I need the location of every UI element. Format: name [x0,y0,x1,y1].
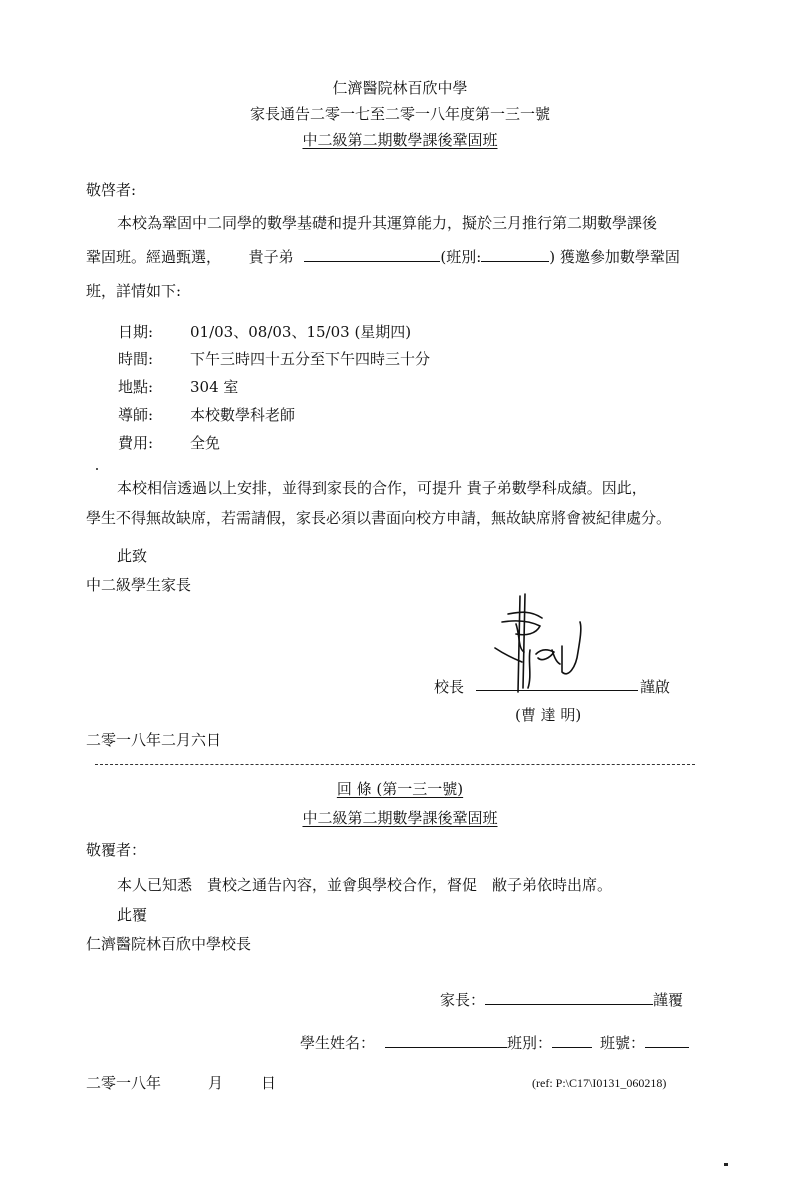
para1-line2-d: ) [549,248,555,266]
detail-value-date: 01/03、08/03、15/03 (星期四) [190,322,411,342]
reply-title-text: 回 條 (第一三一號) [337,780,463,798]
notice-date: 二零一八年二月六日 [86,730,221,750]
principal-name: (曹 達 明) [515,705,581,725]
para1-line2-b: 貴子弟 [249,248,294,266]
signature-icon [490,592,610,694]
notice-title-text: 中二級第二期數學課後鞏固班 [302,131,497,149]
para1-line3: 班，詳情如下: [86,281,181,301]
class-no-label: 班號： [600,1034,645,1052]
reply-salutation: 敬覆者： [86,840,146,860]
notice-number: 家長通告二零一七至二零一八年度第一三一號 [0,104,800,124]
para2-line2: 學生不得無故缺席，若需請假，家長必須以書面向校方申請，無故缺席將會被紀律處分。 [86,508,671,528]
reply-date-year: 二零一八年 [86,1073,161,1093]
reply-subtitle: 中二級第二期數學課後鞏固班 [0,808,800,828]
detail-label-venue: 地點: [118,377,153,397]
detail-value-fee: 全免 [190,433,220,453]
reply-closing: 此覆 [117,905,147,925]
reply-date-day: 日 [261,1073,276,1093]
para2-line1: 本校相信透過以上安排，並得到家長的合作，可提升 貴子弟數學科成績。因此， [117,478,647,498]
detail-label-date: 日期: [118,322,153,342]
principal-label: 校長 [434,677,464,697]
reference-code: (ref: P:\C17\I0131_060218) [532,1075,666,1091]
para1-line2-a: 鞏固班。經過甄選， [86,248,221,266]
detail-value-tutor: 本校數學科老師 [190,405,295,425]
class-field[interactable] [552,1033,592,1048]
detail-value-time: 下午三時四十五分至下午四時三十分 [190,349,430,369]
detail-value-venue: 304 室 [190,377,238,397]
class-no-field[interactable] [645,1033,689,1048]
reply-date-month: 月 [208,1073,223,1093]
tear-off-line [95,764,695,765]
para1-line2-e: 獲邀參加數學鞏固 [560,248,680,266]
student-name-label: 學生姓名： [300,1034,375,1052]
student-info-row: 學生姓名：班別：班號： [300,1033,689,1053]
parent-suffix: 謹覆 [653,991,683,1009]
detail-label-time: 時間: [118,349,153,369]
student-name-blank[interactable] [304,247,440,262]
salutation: 敬啓者: [86,180,136,200]
parent-label: 家長： [440,991,485,1009]
student-name-field[interactable] [385,1033,507,1048]
detail-label-tutor: 導師: [118,405,153,425]
reply-title: 回 條 (第一三一號) [0,779,800,799]
closing: 此致 [117,546,147,566]
recipient: 中二級學生家長 [86,575,191,595]
school-name: 仁濟醫院林百欣中學 [0,78,800,98]
para1-line2-c: (班別: [440,248,481,266]
class-label: 班別： [507,1034,552,1052]
parent-signature-row: 家長：謹覆 [440,990,683,1010]
principal-suffix: 謹啟 [640,677,670,697]
para1-line2: 鞏固班。經過甄選， 貴子弟 (班別:) 獲邀參加數學鞏固 [86,247,680,267]
class-blank[interactable] [481,247,549,262]
reply-body: 本人已知悉 貴校之通告內容，並會與學校合作，督促 敝子弟依時出席。 [117,875,612,895]
scan-speck [724,1163,728,1166]
notice-title: 中二級第二期數學課後鞏固班 [0,130,800,150]
para1-line1: 本校為鞏固中二同學的數學基礎和提升其運算能力，擬於三月推行第二期數學課後 [117,213,657,233]
reply-recipient: 仁濟醫院林百欣中學校長 [86,934,251,954]
detail-label-fee: 費用: [118,433,153,453]
parent-signature-blank[interactable] [485,990,653,1005]
reply-subtitle-text: 中二級第二期數學課後鞏固班 [302,809,497,827]
scan-speck [96,468,98,470]
